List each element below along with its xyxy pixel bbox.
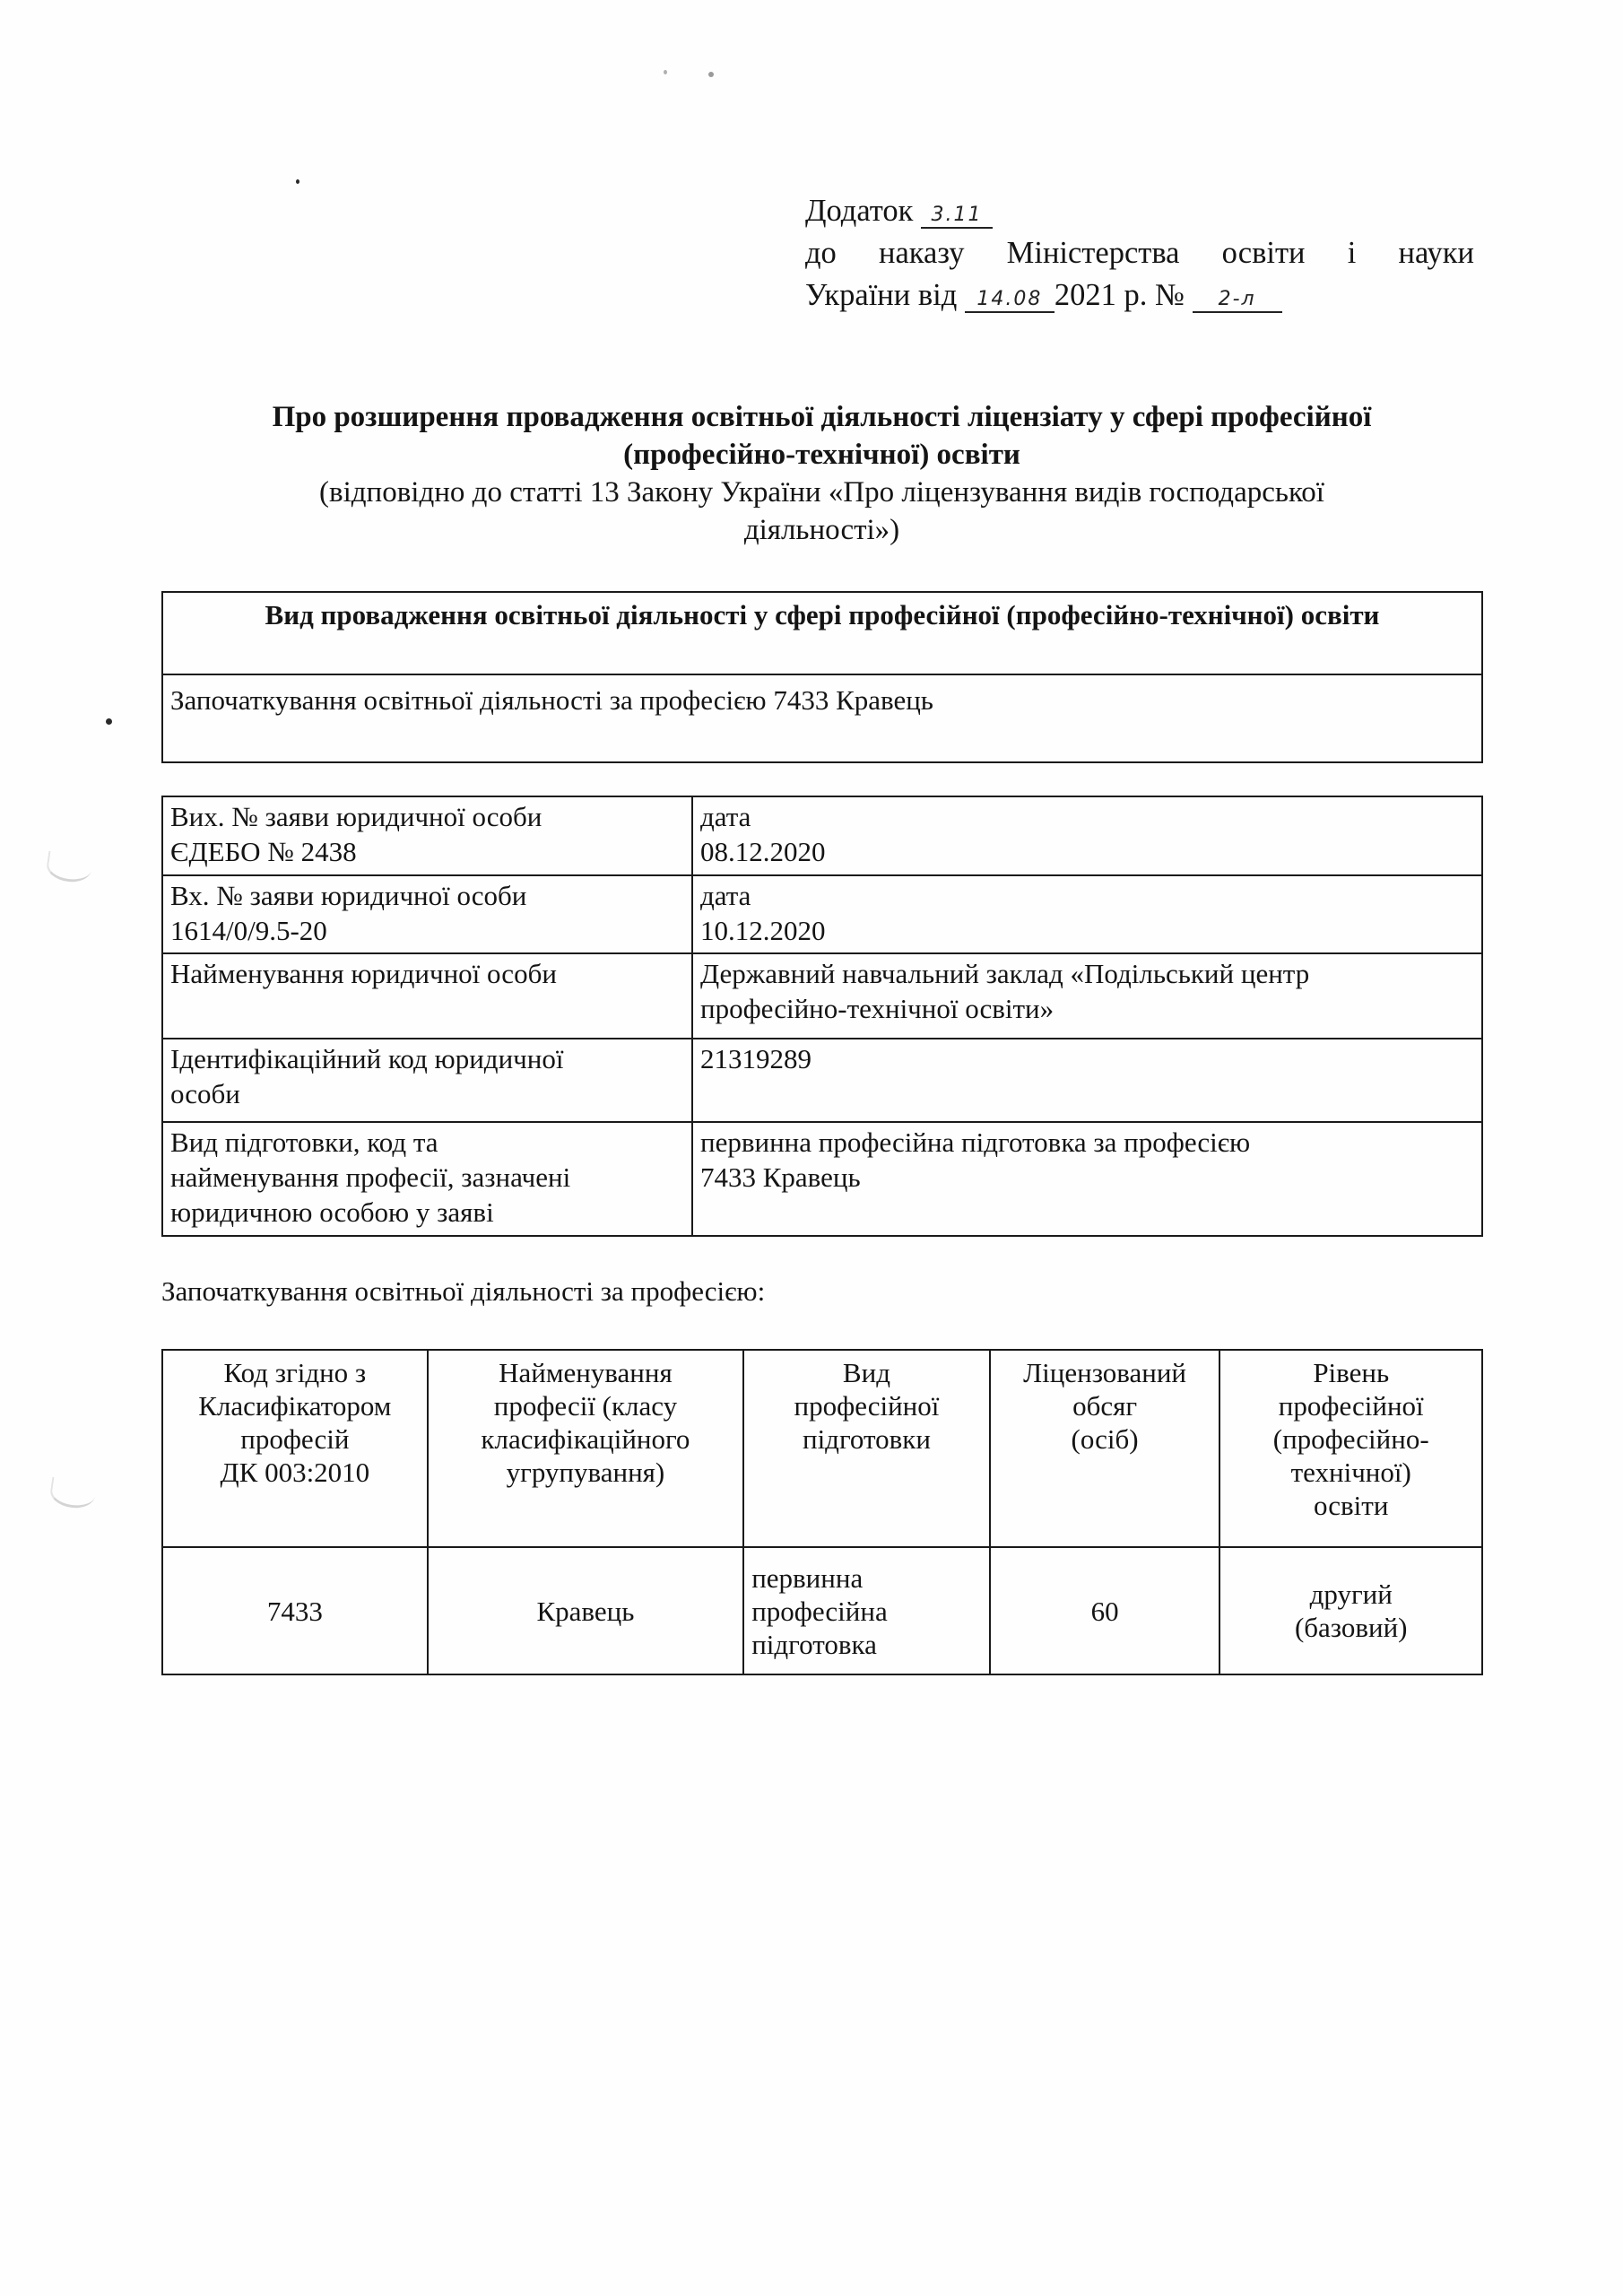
cell-line: обсяг [998, 1389, 1212, 1422]
training-type-value: первинна професійна підготовка за профес… [692, 1122, 1482, 1236]
cell-text: дата [700, 878, 1474, 913]
identification-code-label: Ідентифікаційний код юридичної особи [162, 1039, 692, 1122]
cell-text: Вих. № заяви юридичної особи [170, 799, 684, 834]
cell-line: другий [1228, 1578, 1474, 1611]
cell-training-type: первиннапрофесійнапідготовка [743, 1547, 990, 1674]
cell-line: Класифікатором [170, 1389, 420, 1422]
outgoing-application-date: дата 08.12.2020 [692, 796, 1482, 875]
punch-hole-mark [45, 851, 93, 885]
table-row: Вих. № заяви юридичної особи ЄДЕБО № 243… [162, 796, 1482, 875]
header-training-type: Видпрофесійноїпідготовки [743, 1350, 990, 1547]
incoming-number: 1614/0/9.5-20 [170, 913, 684, 948]
document-title-block: Про розширення провадження освітньої дія… [161, 398, 1482, 549]
appendix-line-2: до наказу Міністерства освіти і науки [805, 232, 1474, 274]
identification-code-value: 21319289 [692, 1039, 1482, 1122]
header-licensed-volume: Ліцензованийобсяг(осіб) [990, 1350, 1220, 1547]
edebo-number: ЄДЕБО № 2438 [170, 834, 684, 869]
cell-line: (професійно- [1228, 1422, 1474, 1456]
cell-line: (базовий) [1228, 1611, 1474, 1644]
legal-entity-name-value: Державний навчальний заклад «Подільський… [692, 953, 1482, 1039]
cell-line: освіти [1228, 1489, 1474, 1522]
cell-line: первинна [751, 1561, 982, 1595]
cell-text: професійно-технічної освіти» [700, 991, 1474, 1026]
profession-intro-text: Започаткування освітньої діяльності за п… [161, 1274, 765, 1309]
appendix-number-handwritten: 3.11 [921, 204, 993, 229]
cell-line: угрупування) [436, 1456, 736, 1489]
legal-entity-name-label: Найменування юридичної особи [162, 953, 692, 1039]
date-value: 08.12.2020 [700, 834, 1474, 869]
incoming-application-label: Вх. № заяви юридичної особи 1614/0/9.5-2… [162, 875, 692, 953]
cell-line: Ліцензований [998, 1356, 1212, 1389]
cell-code: 7433 [162, 1547, 428, 1674]
appendix-line-3: України від 14.082021 р. № 2-л [805, 274, 1474, 317]
table-row: Вх. № заяви юридичної особи 1614/0/9.5-2… [162, 875, 1482, 953]
header-education-level: Рівеньпрофесійної(професійно-технічної)о… [1219, 1350, 1482, 1547]
cell-text: Найменування юридичної особи [170, 956, 684, 991]
cell-line: Найменування [436, 1356, 736, 1389]
table-header-row: Код згідно зКласифікаторомпрофесійДК 003… [162, 1350, 1482, 1547]
header-classifier-code: Код згідно зКласифікаторомпрофесійДК 003… [162, 1350, 428, 1547]
cell-text: Вид підготовки, код та [170, 1125, 684, 1160]
activity-type-table: Вид провадження освітньої діяльності у с… [161, 591, 1483, 763]
cell-line: професійної [751, 1389, 982, 1422]
document-page: Додаток 3.11 до наказу Міністерства осві… [0, 0, 1623, 2296]
cell-text: найменування професії, зазначені [170, 1160, 684, 1195]
cell-text: юридичною особою у заяві [170, 1195, 684, 1230]
punch-hole-mark [48, 1477, 97, 1511]
table-row: Найменування юридичної особи Державний н… [162, 953, 1482, 1039]
cell-licensed-volume: 60 [990, 1547, 1220, 1674]
cell-text: 21319289 [700, 1041, 1474, 1076]
cell-text: Ідентифікаційний код юридичної [170, 1041, 684, 1076]
cell-text: 7433 Кравець [700, 1160, 1474, 1195]
document-title-line-1: Про розширення провадження освітньої дія… [161, 398, 1482, 436]
cell-education-level: другий(базовий) [1219, 1547, 1482, 1674]
cell-line: ДК 003:2010 [170, 1456, 420, 1489]
cell-line: класифікаційного [436, 1422, 736, 1456]
document-title-line-2: (професійно-технічної) освіти [161, 436, 1482, 474]
scan-speck [708, 72, 714, 77]
scan-speck [106, 718, 112, 725]
cell-line: професій [170, 1422, 420, 1456]
cell-text: особи [170, 1076, 684, 1111]
applicant-details-table: Вих. № заяви юридичної особи ЄДЕБО № 243… [161, 796, 1483, 1237]
table-row: Вид підготовки, код та найменування проф… [162, 1122, 1482, 1236]
cell-line: Вид [751, 1356, 982, 1389]
order-date-handwritten: 14.08 [965, 288, 1055, 313]
activity-type-value: Започаткування освітньої діяльності за п… [162, 674, 1482, 762]
cell-text: Вх. № заяви юридичної особи [170, 878, 684, 913]
date-value: 10.12.2020 [700, 913, 1474, 948]
cell-text: Державний навчальний заклад «Подільський… [700, 956, 1474, 991]
cell-line: Код згідно з [170, 1356, 420, 1389]
cell-line: (осіб) [998, 1422, 1212, 1456]
cell-line: підготовки [751, 1422, 982, 1456]
cell-line: підготовка [751, 1628, 982, 1661]
activity-type-header: Вид провадження освітньої діяльності у с… [162, 592, 1482, 674]
cell-line: професії (класу [436, 1389, 736, 1422]
table-row: 7433 Кравець первиннапрофесійнапідготовк… [162, 1547, 1482, 1674]
cell-text: дата [700, 799, 1474, 834]
incoming-application-date: дата 10.12.2020 [692, 875, 1482, 953]
profession-table: Код згідно зКласифікаторомпрофесійДК 003… [161, 1349, 1483, 1675]
order-number-handwritten: 2-л [1193, 288, 1282, 313]
cell-line: Рівень [1228, 1356, 1474, 1389]
appendix-country-prefix: України від [805, 278, 957, 312]
training-type-label: Вид підготовки, код та найменування проф… [162, 1122, 692, 1236]
outgoing-application-label: Вих. № заяви юридичної особи ЄДЕБО № 243… [162, 796, 692, 875]
scan-speck [664, 70, 667, 74]
scan-speck [296, 179, 299, 184]
cell-line: професійна [751, 1595, 982, 1628]
cell-line: технічної) [1228, 1456, 1474, 1489]
appendix-line-1: Додаток 3.11 [805, 190, 1474, 232]
cell-text: первинна професійна підготовка за профес… [700, 1125, 1474, 1160]
order-year-text: 2021 р. № [1055, 278, 1185, 312]
header-profession-name: Найменуванняпрофесії (класукласифікаційн… [428, 1350, 744, 1547]
appendix-block: Додаток 3.11 до наказу Міністерства осві… [805, 190, 1474, 317]
appendix-label: Додаток [805, 194, 913, 228]
cell-profession-name: Кравець [428, 1547, 744, 1674]
cell-line: професійної [1228, 1389, 1474, 1422]
table-row: Ідентифікаційний код юридичної особи 213… [162, 1039, 1482, 1122]
document-subtitle: (відповідно до статті 13 Закону України … [161, 474, 1482, 549]
